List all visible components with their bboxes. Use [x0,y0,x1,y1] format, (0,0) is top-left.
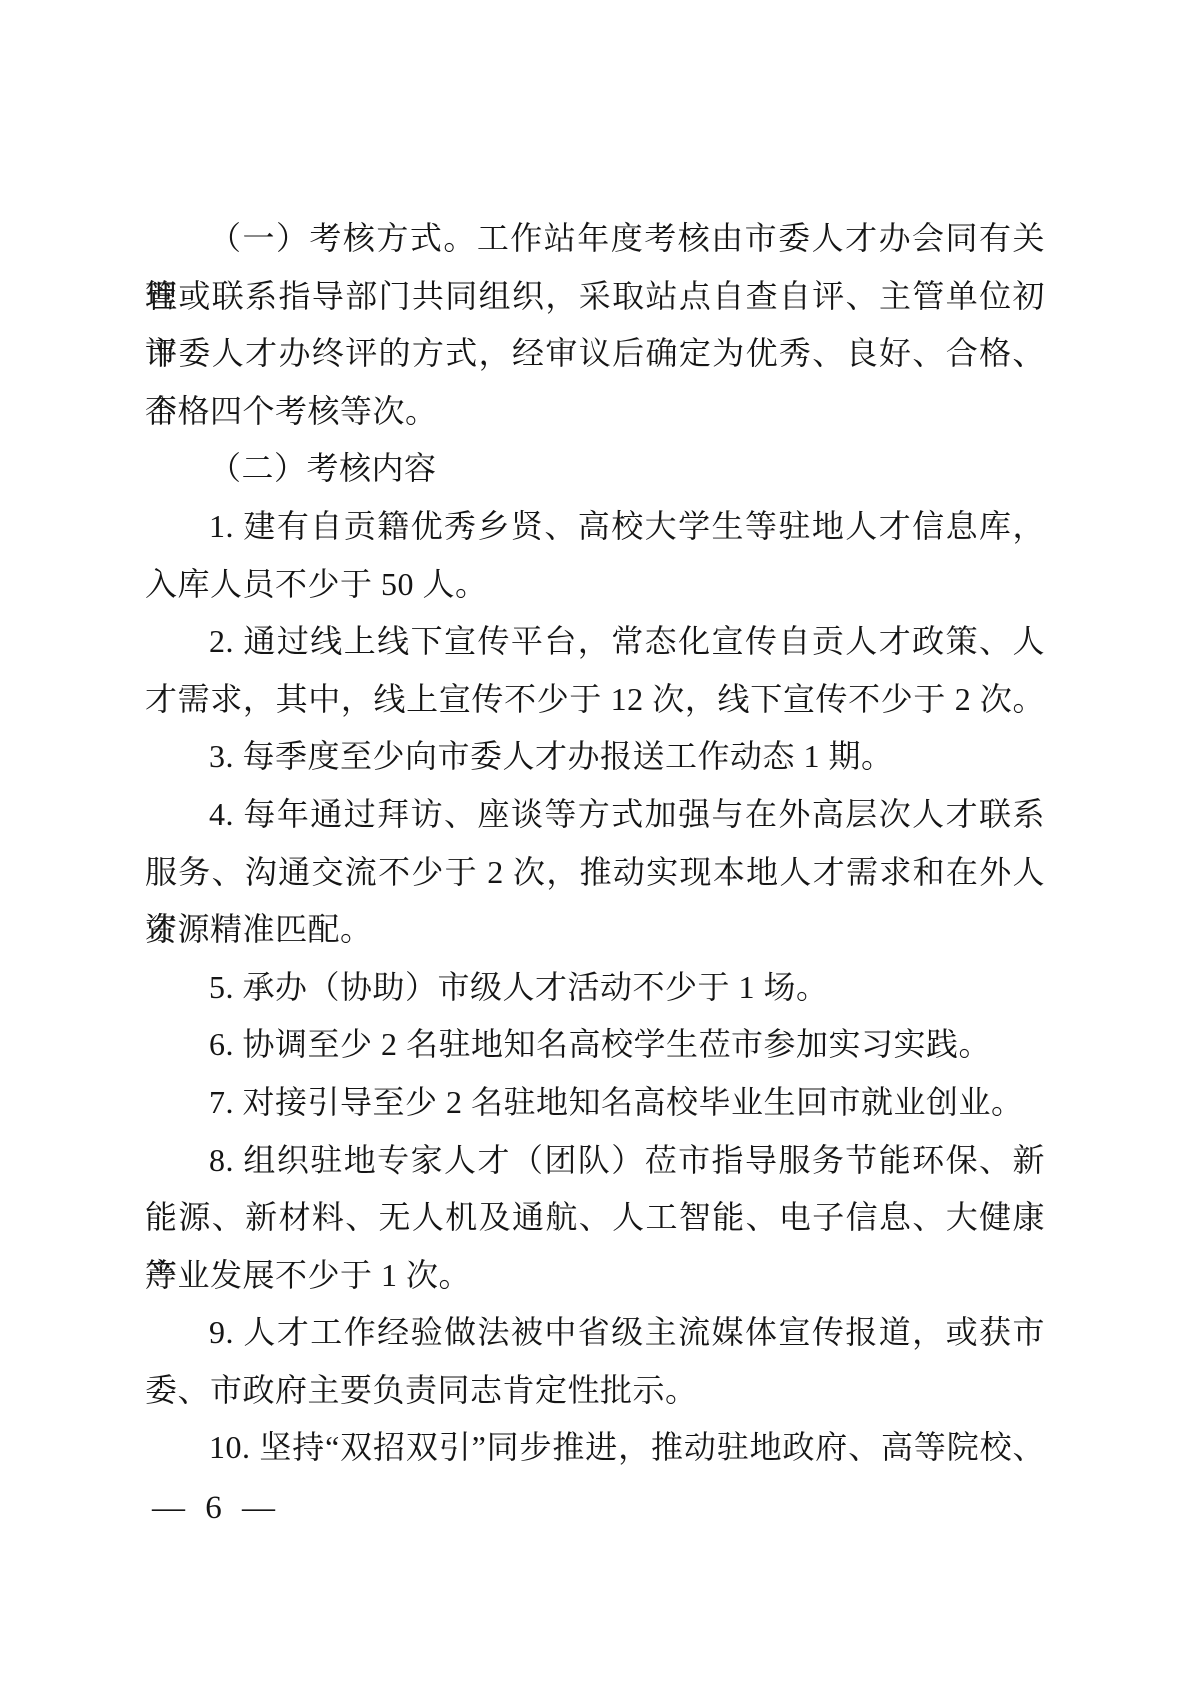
text-line: 10. 坚持“双招双引”同步推进，推动驻地政府、高等院校、 [145,1419,1045,1477]
text-line: 服务、沟通交流不少于 2 次，推动实现本地人才需求和在外人才 [145,844,1045,902]
text-line: 才需求，其中，线上宣传不少于 12 次，线下宣传不少于 2 次。 [145,671,1045,729]
document-body: （一）考核方式。工作站年度考核由市委人才办会同有关管理或联系指导部门共同组织，采… [145,210,1045,1477]
text-line: 市委人才办终评的方式，经审议后确定为优秀、良好、合格、不 [145,325,1045,383]
text-line: 理或联系指导部门共同组织，采取站点自查自评、主管单位初评、 [145,268,1045,326]
text-line: 5. 承办（协助）市级人才活动不少于 1 场。 [145,959,1045,1017]
text-line: 资源精准匹配。 [145,901,1045,959]
text-line: （一）考核方式。工作站年度考核由市委人才办会同有关管 [145,210,1045,268]
text-line: 4. 每年通过拜访、座谈等方式加强与在外高层次人才联系 [145,786,1045,844]
text-line: 7. 对接引导至少 2 名驻地知名高校毕业生回市就业创业。 [145,1074,1045,1132]
text-line: 9. 人才工作经验做法被中省级主流媒体宣传报道，或获市 [145,1304,1045,1362]
text-line: 3. 每季度至少向市委人才办报送工作动态 1 期。 [145,728,1045,786]
document-page: （一）考核方式。工作站年度考核由市委人才办会同有关管理或联系指导部门共同组织，采… [0,0,1191,1684]
text-line: 委、市政府主要负责同志肯定性批示。 [145,1362,1045,1420]
text-line: 能源、新材料、无人机及通航、人工智能、电子信息、大健康等 [145,1189,1045,1247]
text-line: 1. 建有自贡籍优秀乡贤、高校大学生等驻地人才信息库， [145,498,1045,556]
text-line: 8. 组织驻地专家人才（团队）莅市指导服务节能环保、新 [145,1132,1045,1190]
text-line: 入库人员不少于 50 人。 [145,556,1045,614]
document-page-background: { "document": { "language": "zh-CN", "li… [0,0,1191,1684]
page-number: — 6 — [152,1488,281,1528]
text-line: 6. 协调至少 2 名驻地知名高校学生莅市参加实习实践。 [145,1016,1045,1074]
text-line: 2. 通过线上线下宣传平台，常态化宣传自贡人才政策、人 [145,613,1045,671]
text-line: 产业发展不少于 1 次。 [145,1247,1045,1305]
text-line: （二）考核内容 [145,440,1045,498]
text-line: 合格四个考核等次。 [145,383,1045,441]
